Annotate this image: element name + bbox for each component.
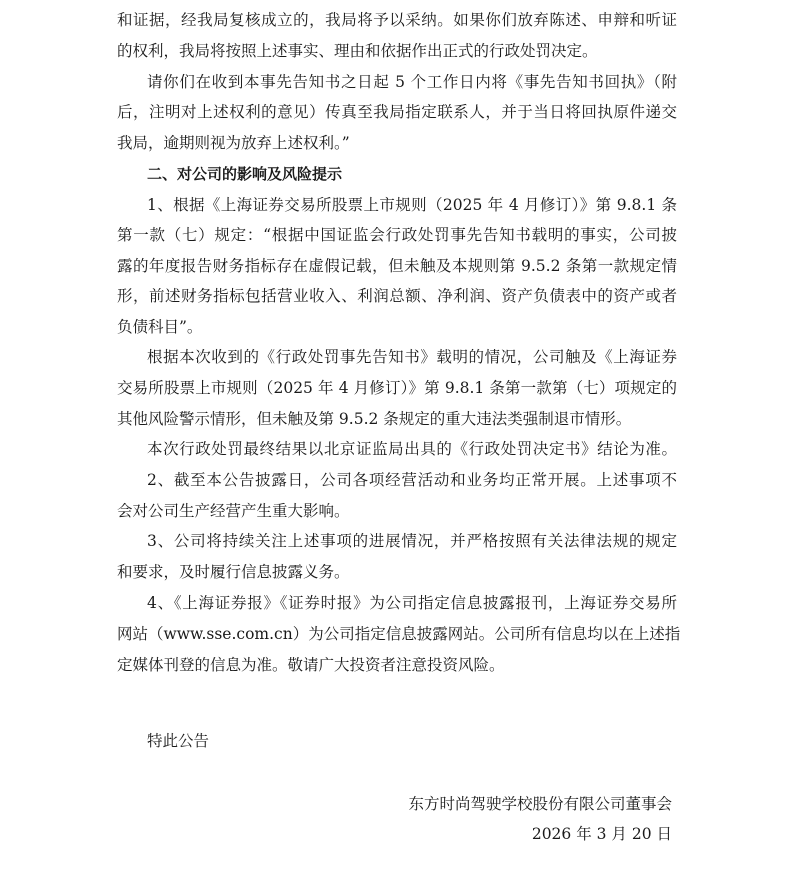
closing-text: 特此公告 [147, 729, 677, 753]
body-text-line: 交易所股票上市规则（2025 年 4 月修订）》第 9.8.1 条第一款第（七）… [117, 376, 677, 400]
body-text-line: 本次行政处罚最终结果以北京证监局出具的《行政处罚决定书》结论为准。 [147, 437, 677, 461]
signature-company: 东方时尚驾驶学校股份有限公司董事会 [408, 792, 672, 816]
body-text-line: 1、根据《上海证券交易所股票上市规则（2025 年 4 月修订）》第 9.8.1… [147, 193, 677, 217]
signature-date: 2026 年 3 月 20 日 [532, 822, 672, 846]
document-page: 和证据，经我局复核成立的，我局将予以采纳。如果你们放弃陈述、申辩和听证 的权利，… [0, 0, 786, 889]
body-text-line: 形，前述财务指标包括营业收入、利润总额、净利润、资产负债表中的资产或者 [117, 284, 677, 308]
body-text-line: 网站（www.sse.com.cn）为公司指定信息披露网站。公司所有信息均以在上… [117, 622, 677, 646]
body-text-line: 其他风险警示情形，但未触及第 9.5.2 条规定的重大违法类强制退市情形。 [117, 407, 677, 431]
body-text-line: 负债科目”。 [117, 315, 677, 339]
body-text-line: 和证据，经我局复核成立的，我局将予以采纳。如果你们放弃陈述、申辩和听证 [117, 8, 677, 32]
body-text-line: 第一款（七）规定：“根据中国证监会行政处罚事先告知书载明的事实，公司披 [117, 223, 677, 247]
body-text-line: 我局，逾期则视为放弃上述权利。” [117, 131, 677, 155]
body-text-line: 和要求，及时履行信息披露义务。 [117, 560, 677, 584]
body-text-line: 3、公司将持续关注上述事项的进展情况，并严格按照有关法律法规的规定 [147, 529, 677, 553]
body-text-line: 露的年度报告财务指标存在虚假记载，但未触及本规则第 9.5.2 条第一款规定情 [117, 254, 677, 278]
body-text-line: 的权利，我局将按照上述事实、理由和依据作出正式的行政处罚决定。 [117, 39, 677, 63]
body-text-line: 根据本次收到的《行政处罚事先告知书》载明的情况，公司触及《上海证券 [147, 345, 677, 369]
body-text-line: 定媒体刊登的信息为准。敬请广大投资者注意投资风险。 [117, 653, 677, 677]
body-text-line: 会对公司生产经营产生重大影响。 [117, 499, 677, 523]
body-text-line: 请你们在收到本事先告知书之日起 5 个工作日内将《事先告知书回执》（附 [147, 70, 677, 94]
section-heading: 二、对公司的影响及风险提示 [147, 162, 677, 186]
body-text-line: 4、《上海证券报》《证券时报》为公司指定信息披露报刊，上海证券交易所 [147, 591, 677, 615]
body-text-line: 2、截至本公告披露日，公司各项经营活动和业务均正常开展。上述事项不 [147, 468, 677, 492]
body-text-line: 后，注明对上述权利的意见）传真至我局指定联系人，并于当日将回执原件递交 [117, 100, 677, 124]
